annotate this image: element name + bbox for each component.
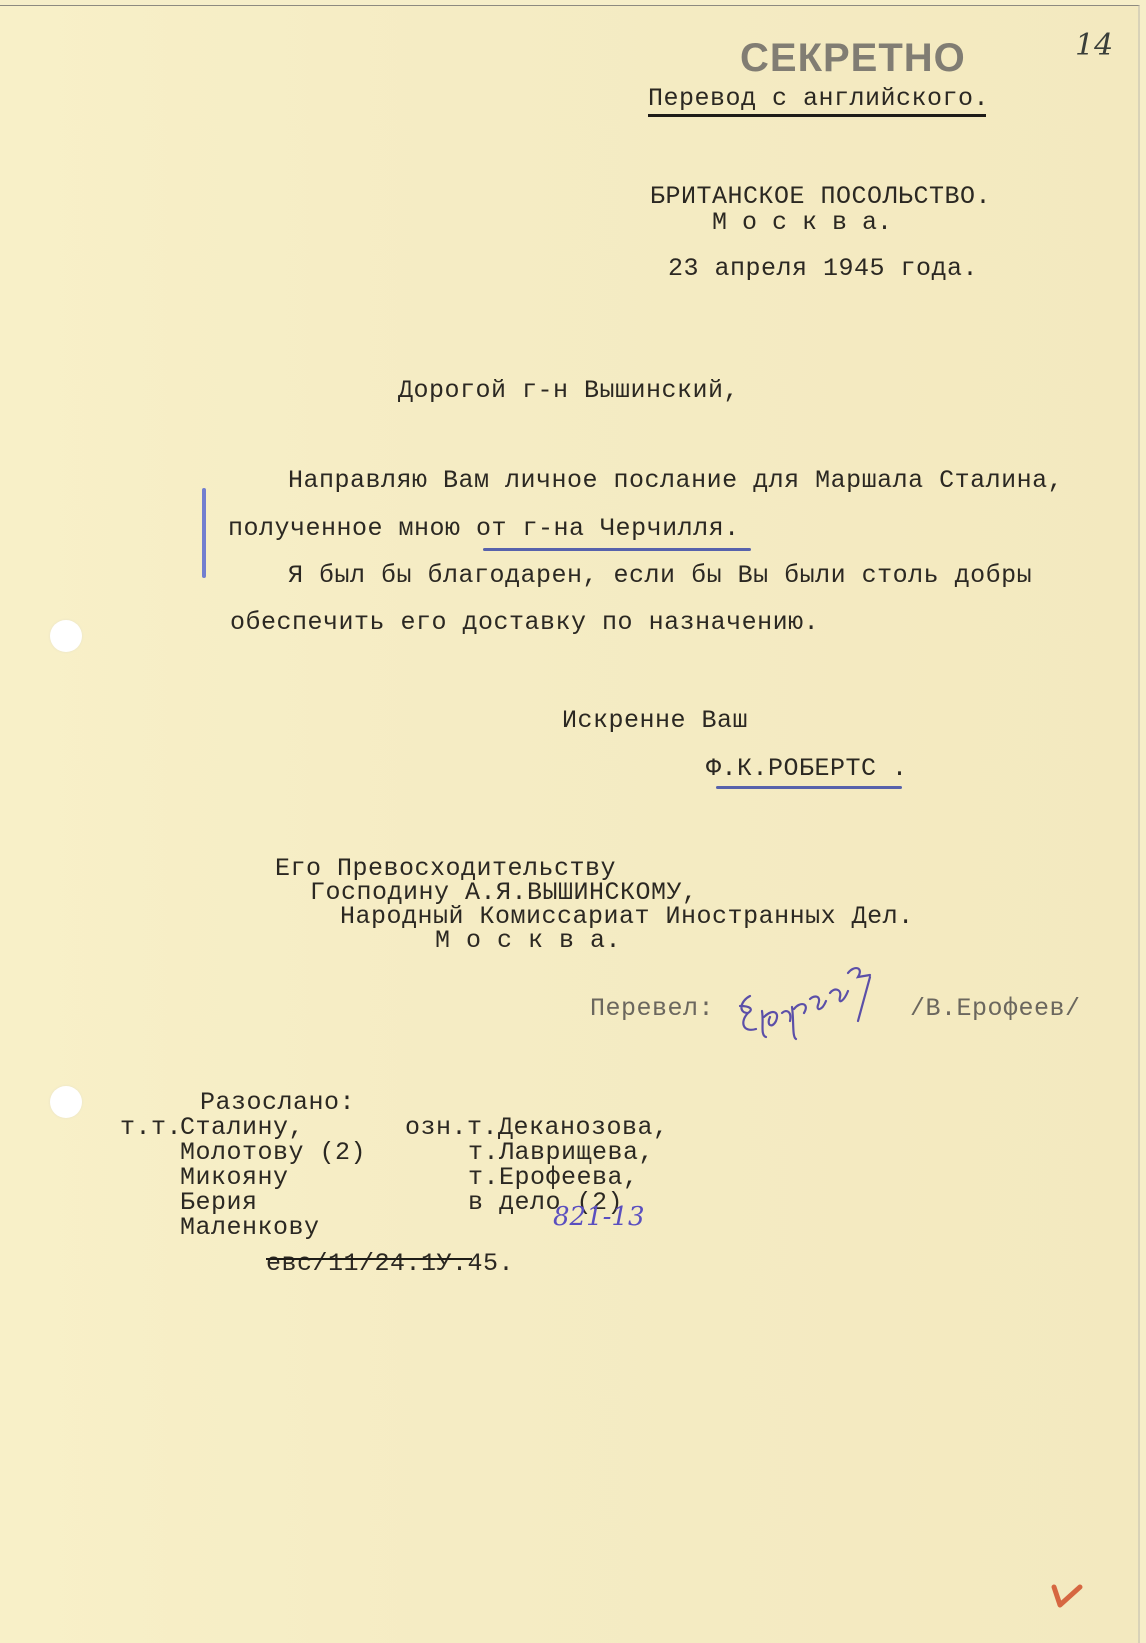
translation-note: Перевод с английского. bbox=[648, 86, 989, 111]
body-line: обеспечить его доставку по назначению. bbox=[230, 610, 819, 635]
letter-date: 23 апреля 1945 года. bbox=[668, 256, 978, 281]
distribution-right-item: т.Ерофеева, bbox=[468, 1165, 639, 1190]
reference-code-struck: евс/11/24.1У bbox=[266, 1249, 452, 1278]
secret-stamp: СЕКРЕТНО bbox=[740, 36, 966, 81]
punch-hole bbox=[50, 620, 82, 652]
salutation: Дорогой г-н Вышинский, bbox=[398, 378, 739, 403]
red-check-icon bbox=[1050, 1581, 1090, 1615]
folio-number: 14 bbox=[1075, 28, 1113, 63]
distribution-right-item: т.Лаврищева, bbox=[468, 1140, 654, 1165]
registration-number: 821-13 bbox=[553, 1202, 645, 1232]
reference-code: евс/11/24.1У.45. bbox=[266, 1251, 514, 1276]
sender-org: БРИТАНСКОЕ ПОСОЛЬСТВО. bbox=[650, 184, 991, 209]
document-page: СЕКРЕТНО 14 Перевод с английского. БРИТА… bbox=[0, 5, 1140, 1643]
closing: Искренне Ваш bbox=[562, 708, 748, 733]
signatory: Ф.К.РОБЕРТС . bbox=[706, 756, 908, 781]
distribution-left-item: Берия bbox=[180, 1190, 258, 1215]
body-line: полученное мною от г-на Черчилля. bbox=[228, 516, 740, 541]
addressee-line: М о с к в а. bbox=[435, 928, 621, 953]
translator-label: Перевел: bbox=[590, 996, 714, 1021]
distribution-title: Разослано: bbox=[200, 1090, 355, 1115]
sender-city: М о с к в а. bbox=[712, 210, 892, 235]
distribution-left-item: Маленкову bbox=[180, 1215, 320, 1240]
body-line: Направляю Вам личное послание для Маршал… bbox=[288, 468, 1063, 493]
translator-name: /В.Ерофеев/ bbox=[910, 996, 1081, 1021]
distribution-left-item: Молотову (2) bbox=[180, 1140, 366, 1165]
margin-pencil-mark bbox=[202, 488, 206, 578]
punch-hole bbox=[50, 1086, 82, 1118]
addressee-line: Народный Комиссариат Иностранных Дел. bbox=[340, 904, 914, 929]
translator-signature bbox=[730, 951, 900, 1041]
body-line: Я был бы благодарен, если бы Вы были сто… bbox=[288, 563, 1032, 588]
distribution-left-item: Сталину, bbox=[180, 1115, 304, 1140]
signatory-underline bbox=[716, 786, 902, 789]
translation-note-underline bbox=[648, 114, 986, 117]
distribution-right-item: озн.т.Деканозова, bbox=[405, 1115, 669, 1140]
churchill-underline bbox=[483, 548, 751, 551]
strikethrough-line bbox=[266, 1258, 472, 1260]
distribution-left-item: Микояну bbox=[180, 1165, 289, 1190]
distribution-prefix: т.т. bbox=[120, 1115, 182, 1140]
reference-code-tail: .45. bbox=[452, 1249, 514, 1278]
